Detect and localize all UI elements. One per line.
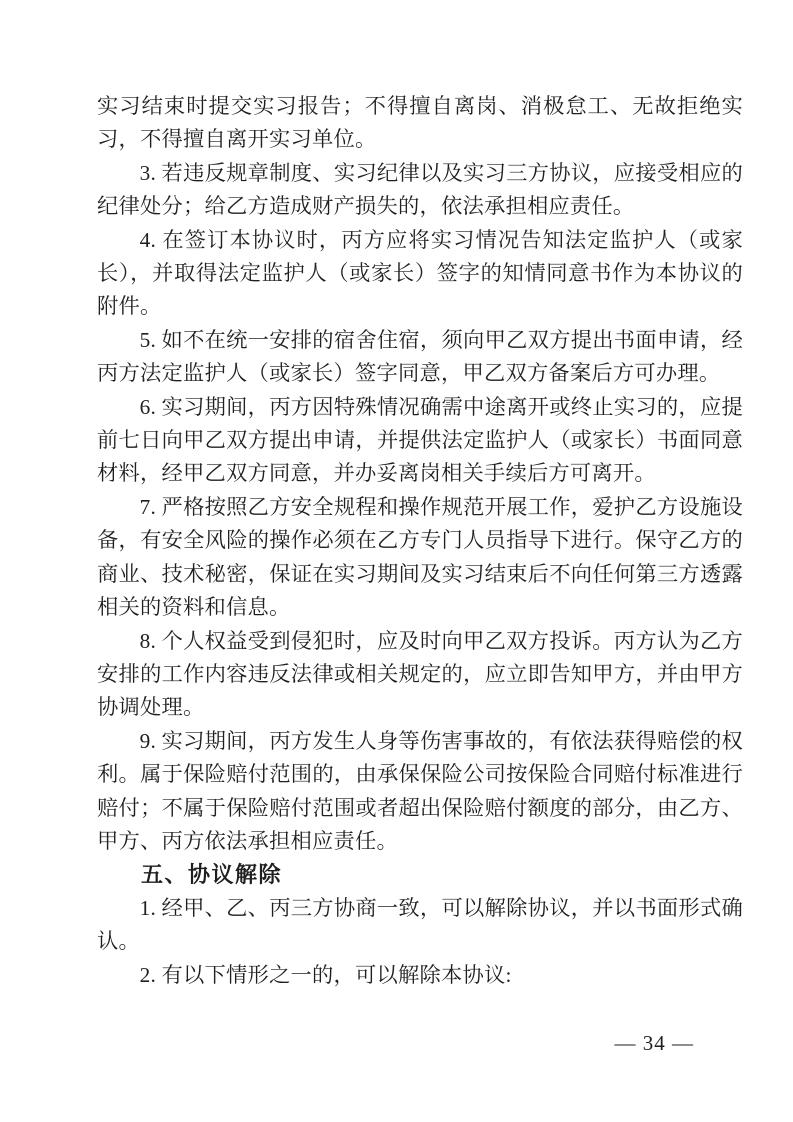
paragraph: 5. 如不在统一安排的宿舍住宿，须向甲乙双方提出书面申请，经丙方法定监护人（或家… bbox=[97, 324, 743, 391]
page-footer: — 34 — bbox=[590, 1006, 695, 1081]
section-heading: 五、协议解除 bbox=[97, 858, 743, 891]
paragraph: 实习结束时提交实习报告；不得擅自离岗、消极怠工、无故拒绝实习，不得擅自离开实习单… bbox=[97, 90, 743, 157]
paragraph: 7. 严格按照乙方安全规程和操作规范开展工作，爱护乙方设施设备，有安全风险的操作… bbox=[97, 491, 743, 625]
paragraph: 4. 在签订本协议时，丙方应将实习情况告知法定监护人（或家长），并取得法定监护人… bbox=[97, 224, 743, 324]
paragraph: 1. 经甲、乙、丙三方协商一致，可以解除协议，并以书面形式确认。 bbox=[97, 892, 743, 959]
paragraph: 8. 个人权益受到侵犯时，应及时向甲乙双方投诉。丙方认为乙方安排的工作内容违反法… bbox=[97, 625, 743, 725]
document-page: 实习结束时提交实习报告；不得擅自离岗、消极怠工、无故拒绝实习，不得擅自离开实习单… bbox=[0, 0, 793, 1122]
paragraph: 3. 若违反规章制度、实习纪律以及实习三方协议，应接受相应的纪律处分；给乙方造成… bbox=[97, 157, 743, 224]
document-body: 实习结束时提交实习报告；不得擅自离岗、消极怠工、无故拒绝实习，不得擅自离开实习单… bbox=[97, 90, 743, 992]
paragraph: 9. 实习期间，丙方发生人身等伤害事故的，有依法获得赔偿的权利。属于保险赔付范围… bbox=[97, 725, 743, 859]
paragraph: 6. 实习期间，丙方因特殊情况确需中途离开或终止实习的，应提前七日向甲乙双方提出… bbox=[97, 391, 743, 491]
page-number: — 34 — bbox=[615, 1031, 695, 1055]
paragraph: 2. 有以下情形之一的，可以解除本协议: bbox=[97, 959, 743, 992]
